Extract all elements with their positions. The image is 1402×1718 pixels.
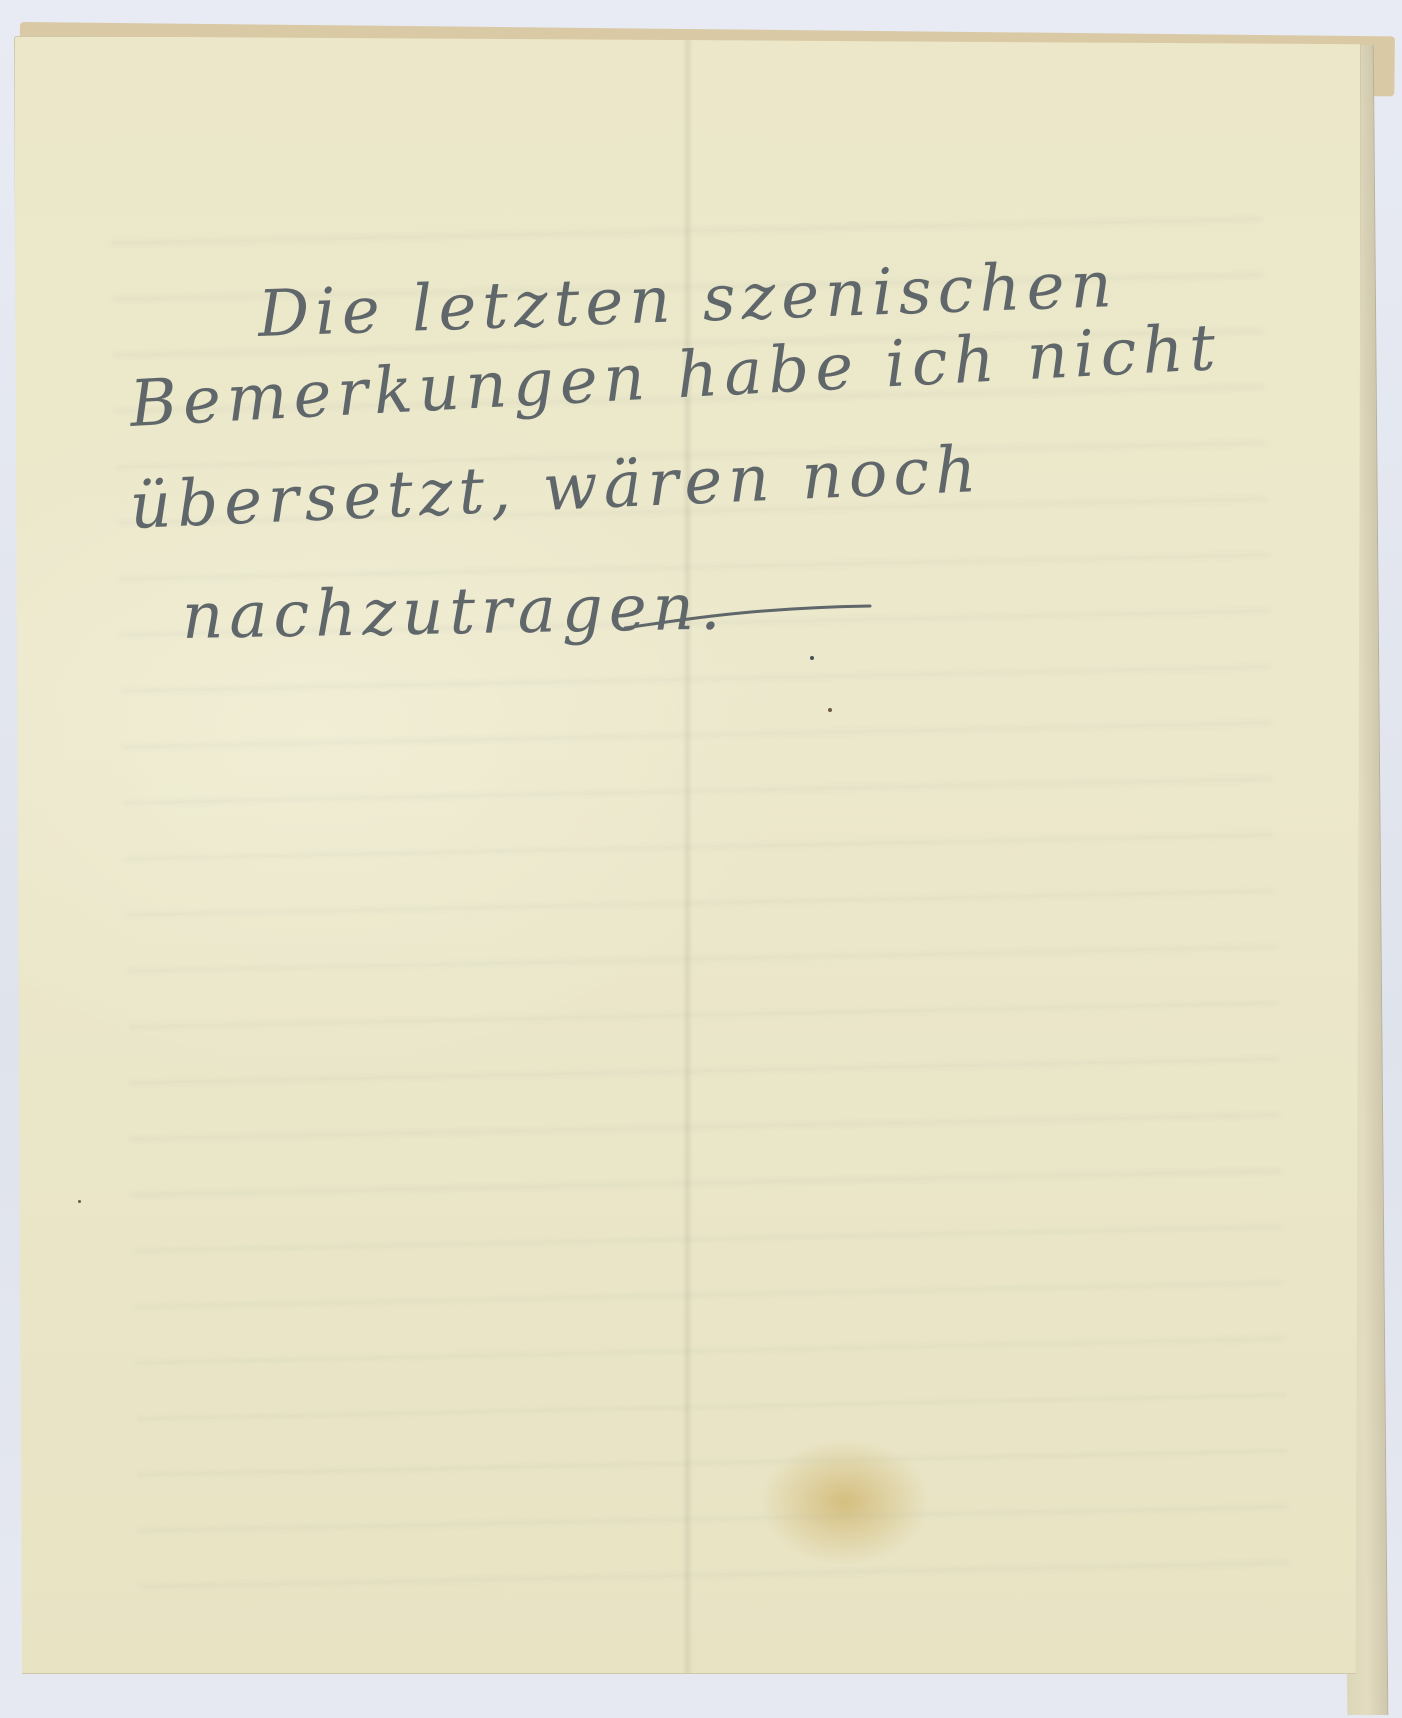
trailing-pen-stroke (620, 598, 880, 638)
paper-speck (828, 708, 832, 712)
handwritten-note: Die letzten szenischen Bemerkungen habe … (0, 0, 1402, 1718)
paper-speck (810, 656, 814, 660)
note-line-3: übersetzt, wären noch (128, 433, 983, 544)
paper-speck (78, 1200, 81, 1203)
